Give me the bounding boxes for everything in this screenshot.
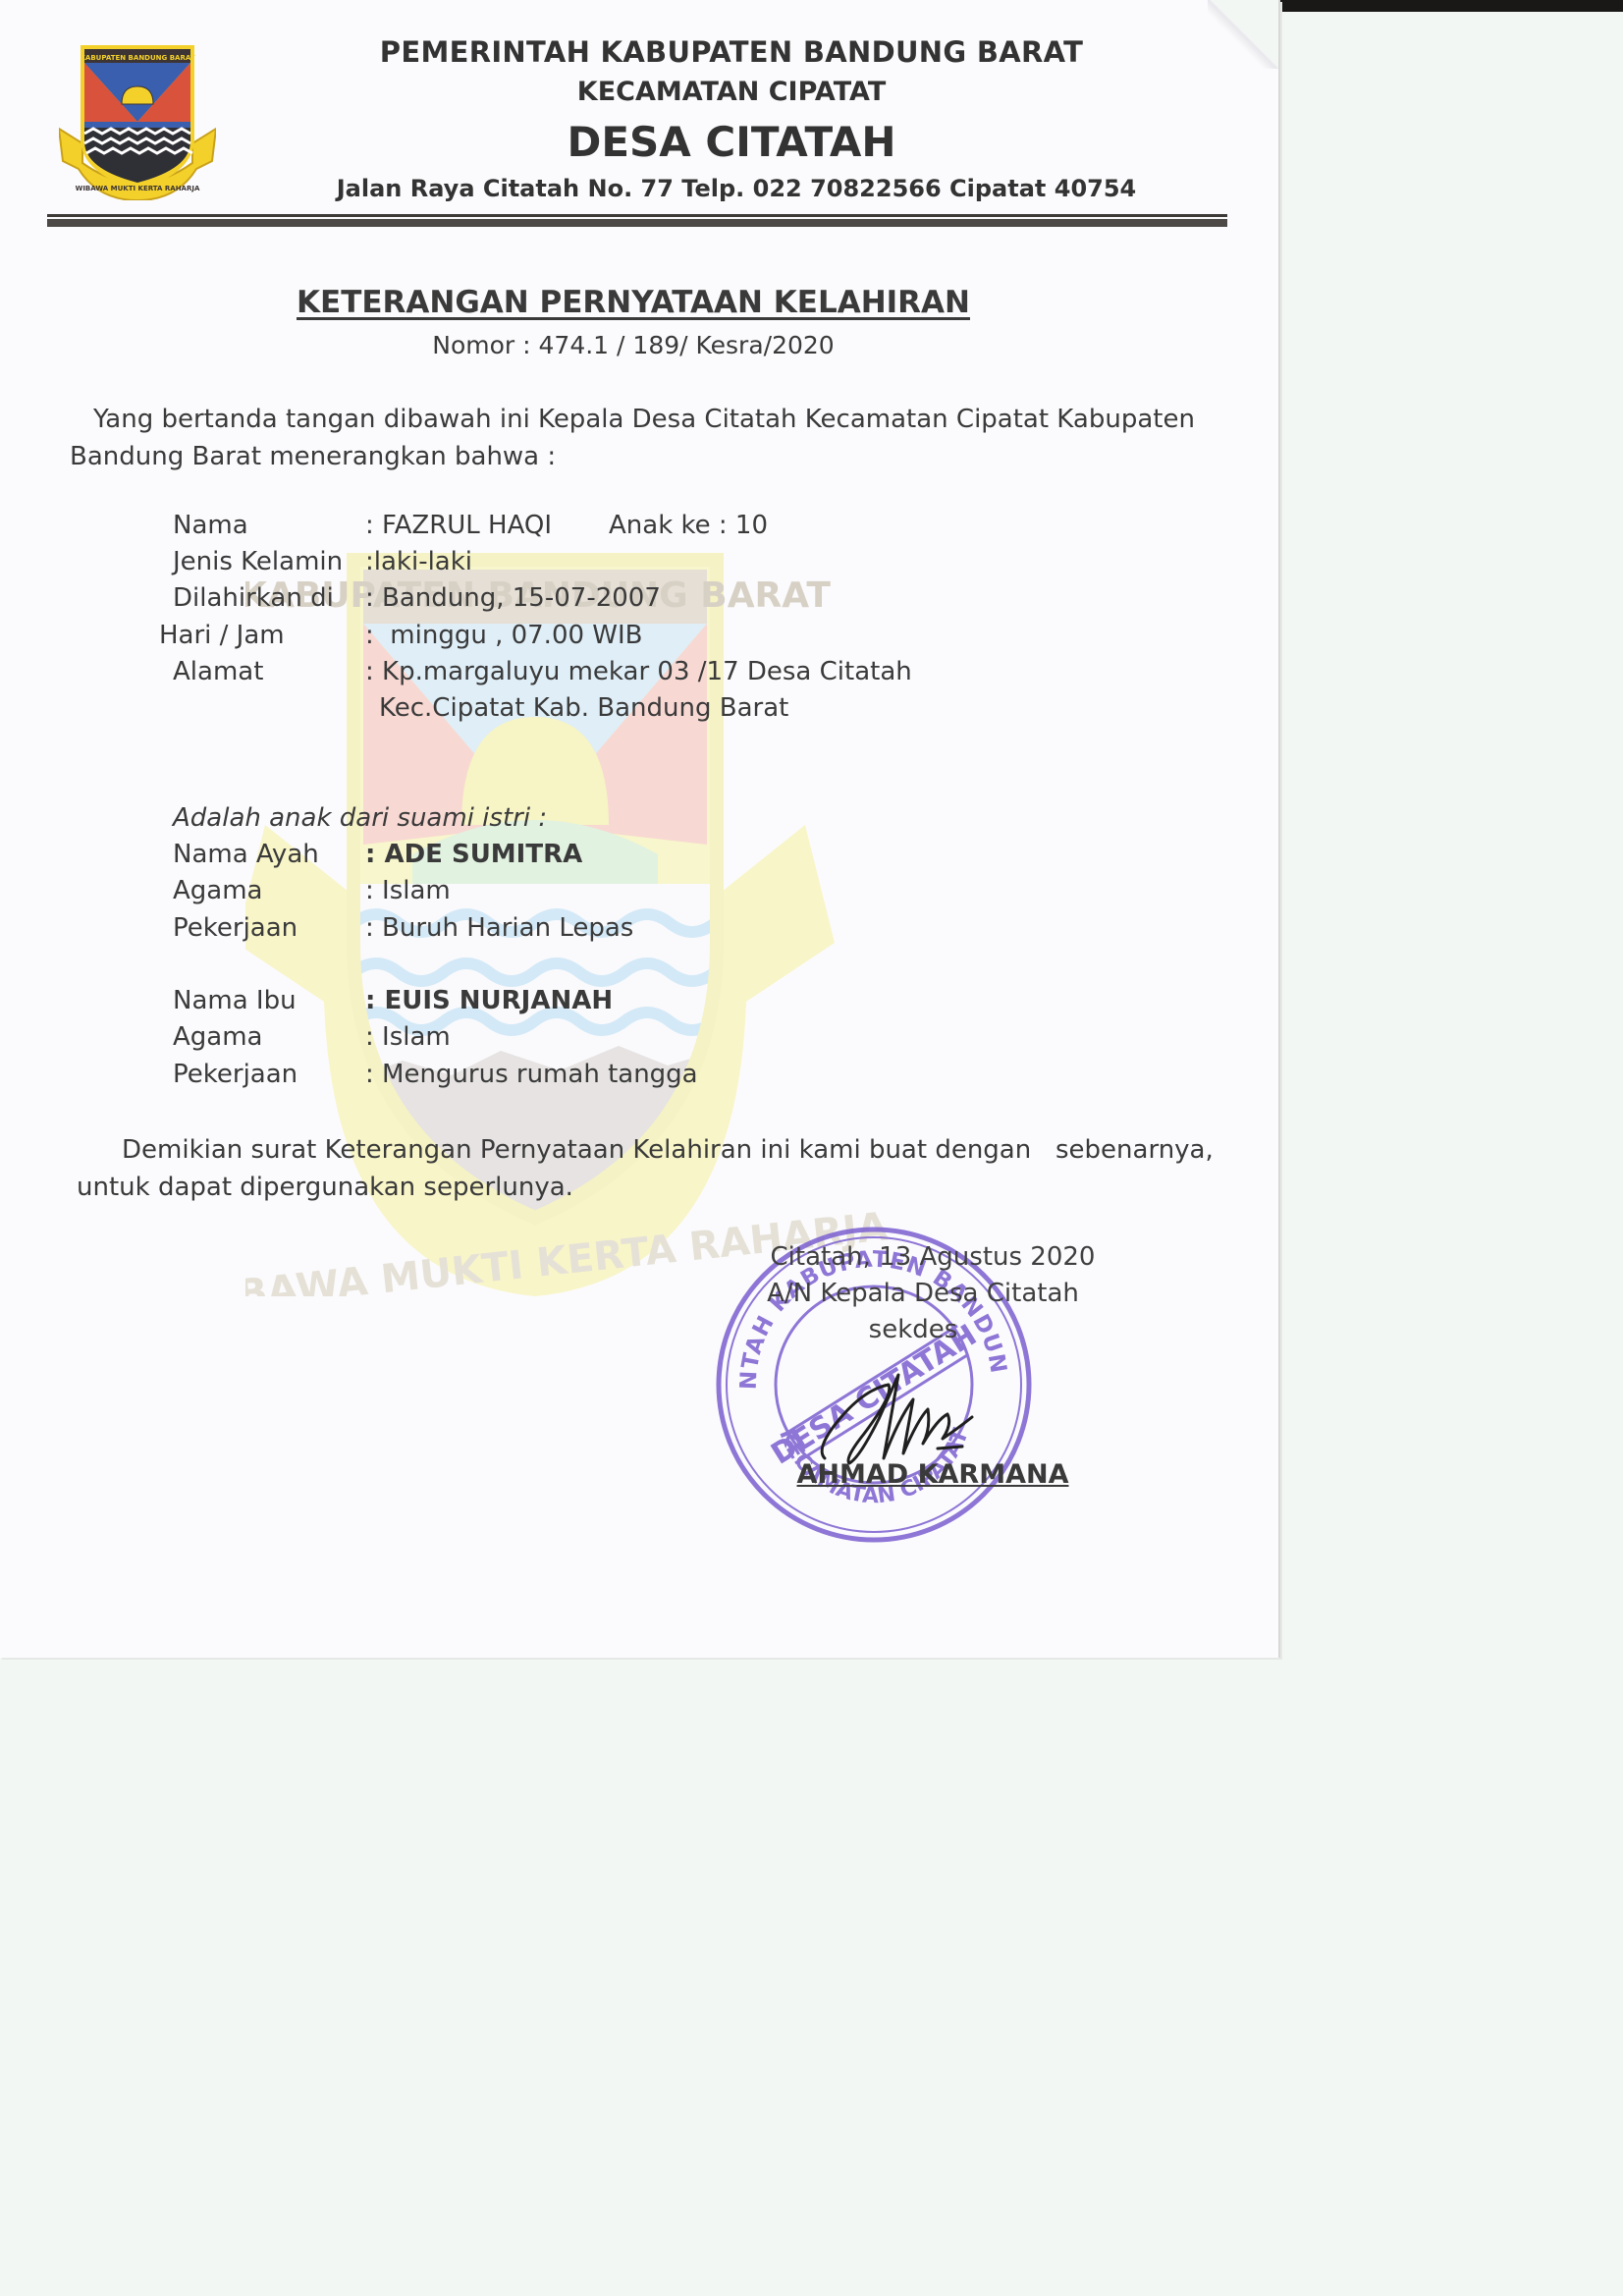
letterhead-district: KECAMATAN CIPATAT <box>324 77 1139 107</box>
parents-heading: Adalah anak dari suami istri : <box>173 803 547 833</box>
field-label: Hari / Jam <box>159 621 285 650</box>
folded-corner <box>1208 0 1278 69</box>
field-value: : Islam <box>365 1022 451 1052</box>
child-order: Anak ke : 10 <box>609 511 768 540</box>
document-title: KETERANGAN PERNYATAAN KELAHIRAN <box>295 285 972 320</box>
field-value: : Buruh Harian Lepas <box>365 913 633 943</box>
field-value: Kec.Cipatat Kab. Bandung Barat <box>379 693 788 723</box>
field-label: Alamat <box>173 657 263 686</box>
place-date: Citatah, 13 Agustus 2020 <box>707 1239 1119 1276</box>
letterhead-government: PEMERINTAH KABUPATEN BANDUNG BARAT <box>324 35 1139 69</box>
field-value: : Bandung, 15-07-2007 <box>365 583 661 613</box>
regency-crest-icon: KABUPATEN BANDUNG BARAT WIBAWA MUKTI KER… <box>59 35 216 200</box>
on-behalf: A/N Kepala Desa Citatah <box>707 1276 1119 1312</box>
field-value: : ADE SUMITRA <box>365 840 582 869</box>
field-label: Dilahirkan di <box>173 583 334 613</box>
intro-line-2: Bandung Barat menerangkan bahwa : <box>70 438 1222 475</box>
handwritten-signature-icon <box>805 1360 1001 1468</box>
scanner-edge <box>1269 0 1623 12</box>
field-label: Nama <box>173 511 248 540</box>
field-value: :laki-laki <box>365 547 472 576</box>
intro-line-1: Yang bertanda tangan dibawah ini Kepala … <box>74 401 1222 438</box>
field-value: : Kp.margaluyu mekar 03 /17 Desa Citatah <box>365 657 912 686</box>
letterhead-divider-thick <box>47 219 1227 227</box>
letterhead-village: DESA CITATAH <box>324 118 1139 166</box>
letterhead-address: Jalan Raya Citatah No. 77 Telp. 022 7082… <box>324 175 1149 202</box>
signer-position: sekdes <box>707 1312 1119 1348</box>
letterhead-divider-thin <box>47 214 1227 217</box>
signature-block: Citatah, 13 Agustus 2020 A/N Kepala Desa… <box>707 1239 1119 1348</box>
svg-text:KABUPATEN BANDUNG BARAT: KABUPATEN BANDUNG BARAT <box>80 54 194 62</box>
field-label: Pekerjaan <box>173 913 298 943</box>
field-value: : Mengurus rumah tangga <box>365 1060 698 1089</box>
closing-line-2: untuk dapat dipergunakan seperlunya. <box>77 1169 1235 1206</box>
field-value: : minggu , 07.00 WIB <box>365 621 643 650</box>
document-page: KABUPATEN BANDUNG BARAT WIBAWA MUKTI KER… <box>0 0 1280 1658</box>
field-label: Nama Ibu <box>173 986 297 1015</box>
field-label: Jenis Kelamin <box>173 547 343 576</box>
closing-paragraph: Demikian surat Keterangan Pernyataan Kel… <box>77 1131 1235 1206</box>
document-number: Nomor : 474.1 / 189/ Kesra/2020 <box>295 331 972 359</box>
signer-name: AHMAD KARMANA <box>785 1459 1080 1490</box>
field-value: : FAZRUL HAQI <box>365 511 552 540</box>
field-label: Nama Ayah <box>173 840 319 869</box>
field-label: Pekerjaan <box>173 1060 298 1089</box>
intro-paragraph: Yang bertanda tangan dibawah ini Kepala … <box>74 401 1222 475</box>
field-label: Agama <box>173 1022 262 1052</box>
field-value: : Islam <box>365 876 451 905</box>
field-value: : EUIS NURJANAH <box>365 986 613 1015</box>
closing-line-1: Demikian surat Keterangan Pernyataan Kel… <box>77 1131 1235 1169</box>
field-label: Agama <box>173 876 262 905</box>
svg-text:WIBAWA MUKTI KERTA RAHARJA: WIBAWA MUKTI KERTA RAHARJA <box>76 185 200 192</box>
